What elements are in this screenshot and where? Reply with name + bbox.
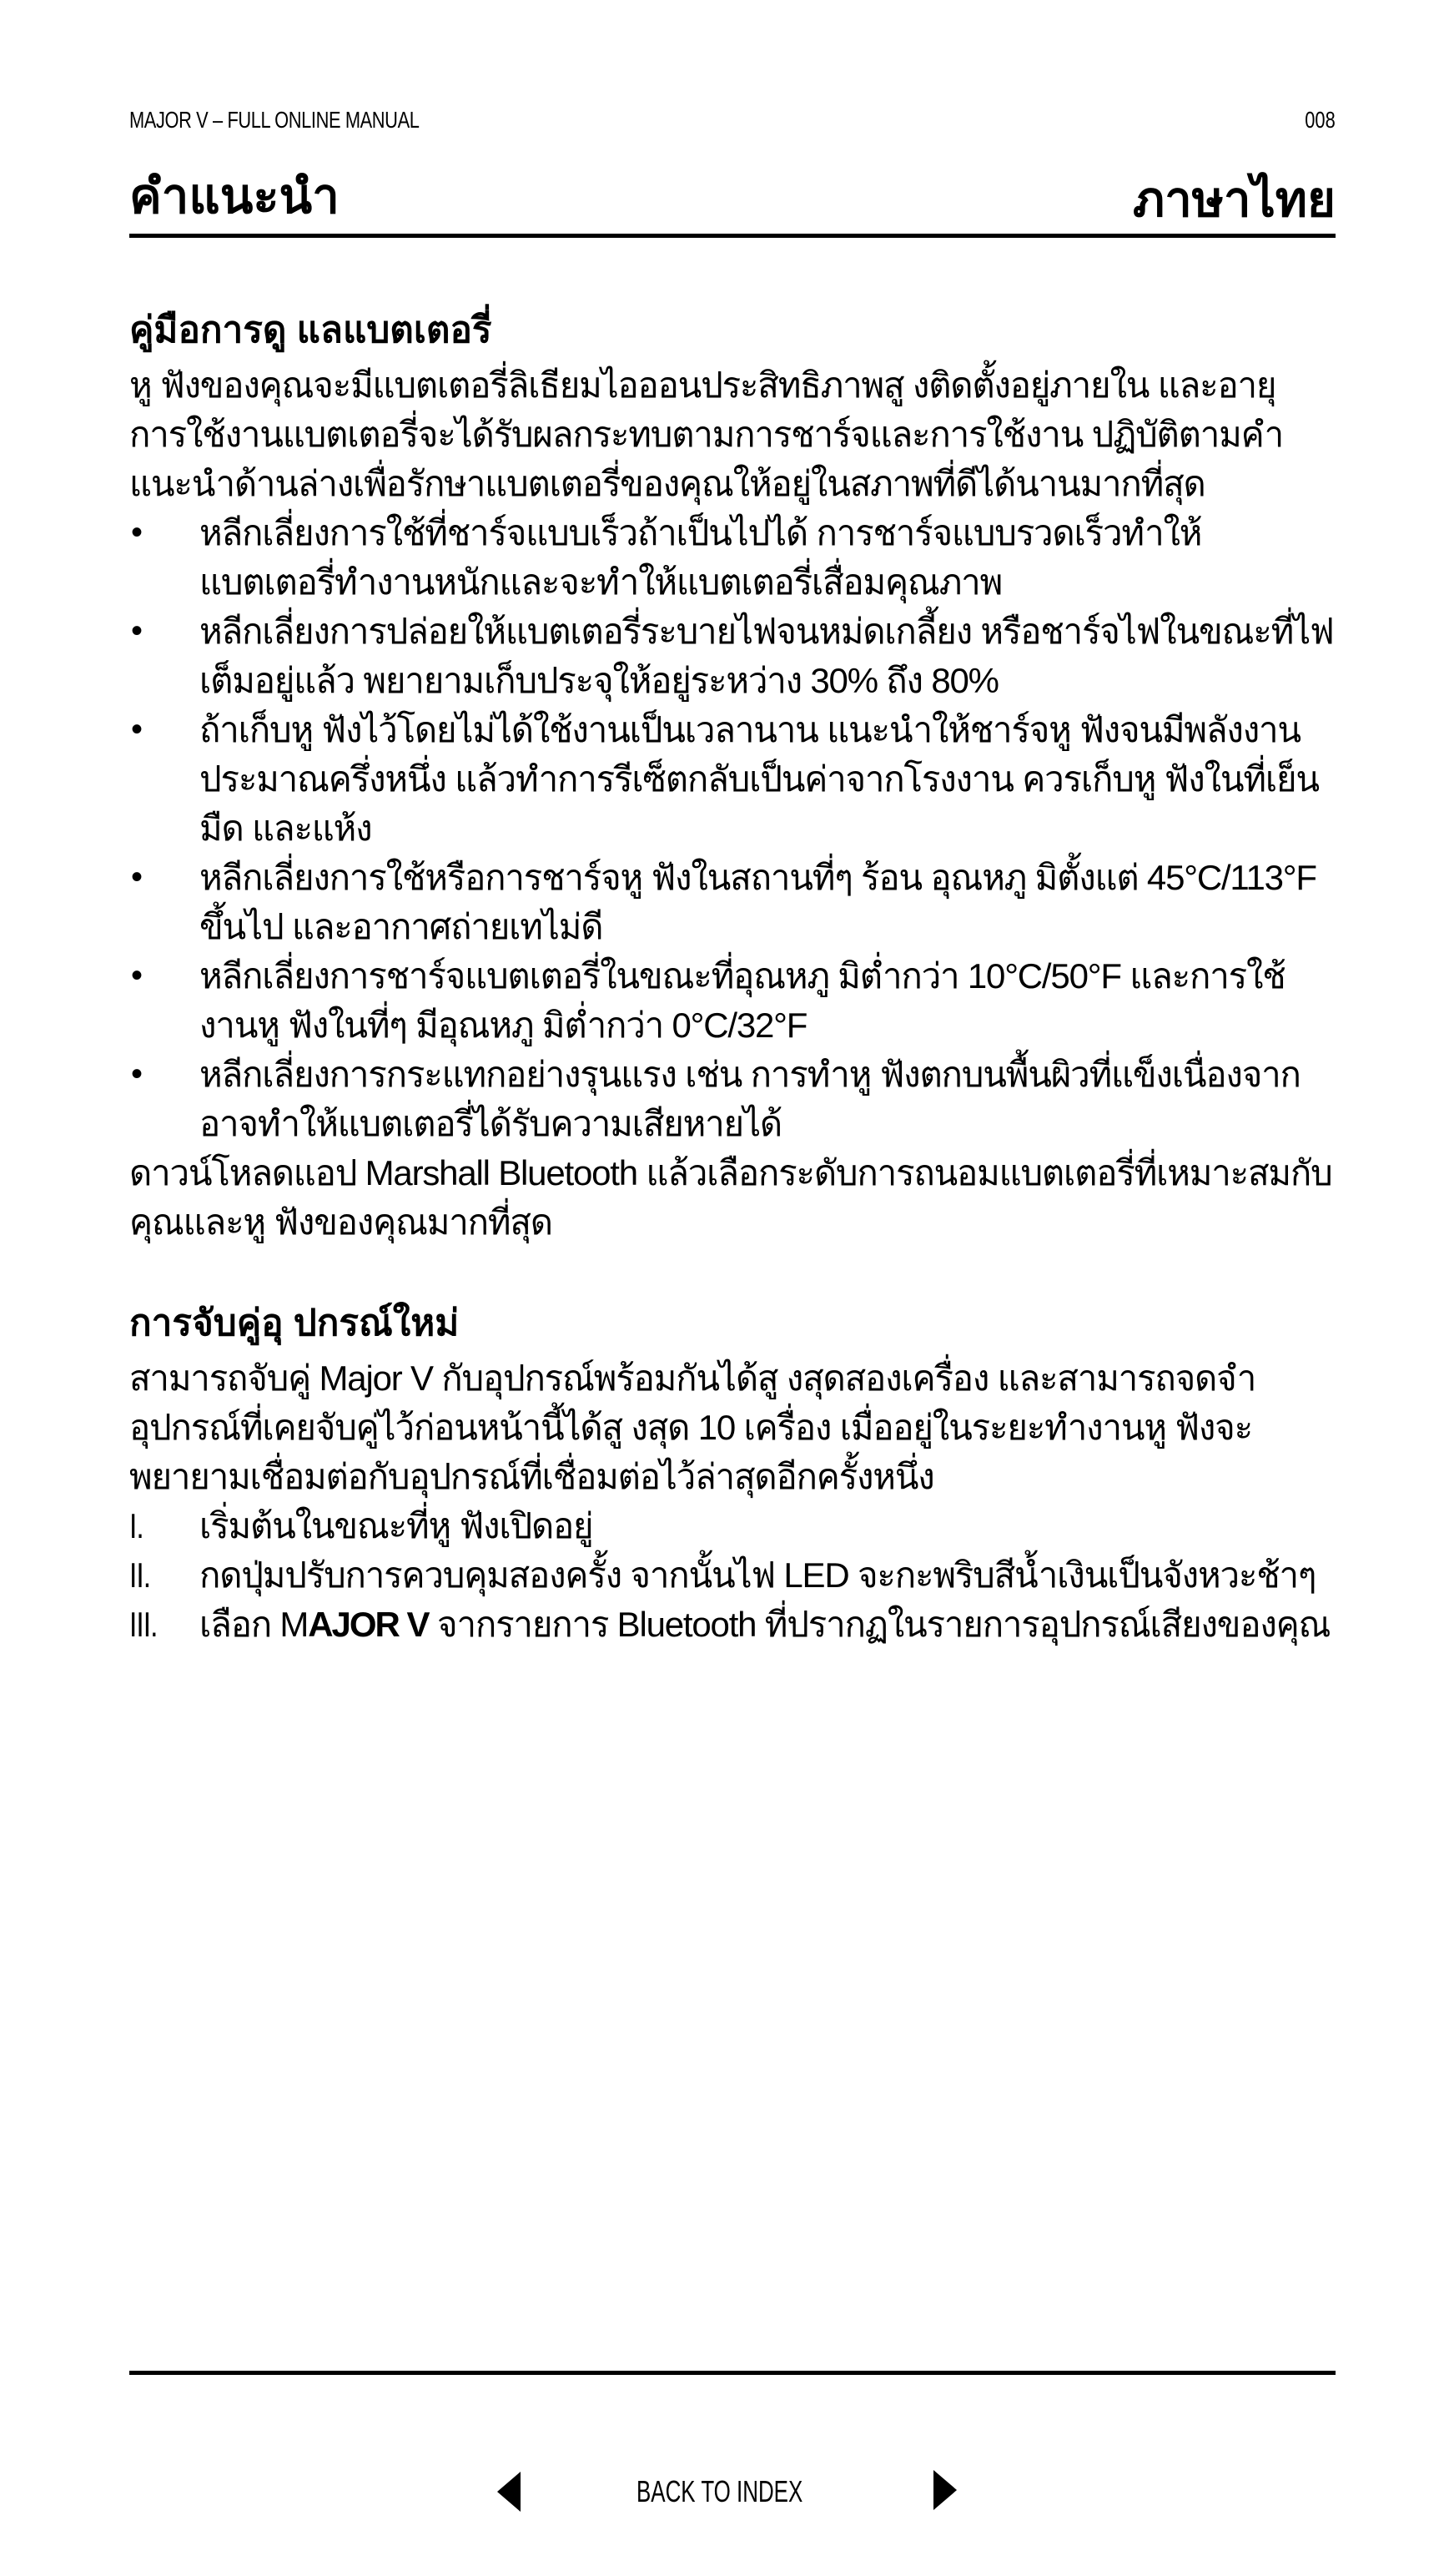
manual-name: MAJOR V – FULL ONLINE MANUAL [129, 105, 420, 135]
step-number: III. [129, 1600, 158, 1649]
list-item: • หลีกเลี่ยงการชาร์จแบตเตอรี่ในขณะที่อุณ… [129, 951, 1336, 1050]
page-content: คู่มือการดู แลแบตเตอรี่ หู ฟังของคุณจะมี… [129, 300, 1336, 1649]
battery-intro-paragraph: หู ฟังของคุณจะมีแบตเตอรี่ลิเธียมไอออนประ… [129, 360, 1336, 508]
title-row: คำแนะนำ ภาษาไทย [129, 164, 1336, 230]
battery-care-section: คู่มือการดู แลแบตเตอรี่ หู ฟังของคุณจะมี… [129, 300, 1336, 1247]
bullet-icon: • [131, 853, 142, 902]
list-item: • หลีกเลี่ยงการใช้หรือการชาร์จหู ฟังในสถ… [129, 853, 1336, 951]
list-item-text: เริ่มต้นในขณะที่หู ฟังเปิดอยู่ [199, 1506, 592, 1545]
list-item-text: หลีกเลี่ยงการปล่อยให้แบตเตอรี่ระบายไฟจนห… [199, 612, 1334, 700]
pairing-steps-list: I. เริ่มต้นในขณะที่หู ฟังเปิดอยู่ II. กด… [129, 1501, 1336, 1649]
bullet-icon: • [131, 607, 142, 656]
list-item: • หลีกเลี่ยงการกระแทกอย่างรุนแรง เช่น กา… [129, 1050, 1336, 1148]
list-item: • หลีกเลี่ยงการปล่อยให้แบตเตอรี่ระบายไฟจ… [129, 607, 1336, 705]
list-item-text-before: เลือก M [199, 1605, 308, 1644]
step-number: II. [129, 1550, 150, 1600]
list-item-text-after: จากรายการ Bluetooth ที่ปรากฏในรายการอุปก… [429, 1605, 1331, 1644]
list-item-text: กดปุ่มปรับการควบคุมสองครั้ง จากนั้นไฟ LE… [199, 1555, 1316, 1595]
pairing-section: การจับคู่อุ ปกรณ์ใหม่ สามารถจับคู่ Major… [129, 1293, 1336, 1649]
manual-page: MAJOR V – FULL ONLINE MANUAL 008 คำแนะนำ… [129, 0, 1336, 2576]
list-item: I. เริ่มต้นในขณะที่หู ฟังเปิดอยู่ [129, 1501, 1336, 1550]
next-page-triangle-right-icon[interactable] [933, 2470, 957, 2510]
list-item-text: ถ้าเก็บหู ฟังไว้โดยไม่ได้ใช้งานเป็นเวลาน… [199, 710, 1319, 848]
step-number: I. [129, 1501, 143, 1550]
bullet-icon: • [131, 951, 142, 1001]
previous-page-triangle-left-icon[interactable] [497, 2472, 521, 2512]
product-name-bold: AJOR V [308, 1605, 428, 1644]
bullet-icon: • [131, 705, 142, 754]
footer-navigation: BACK TO INDEX [129, 2462, 1336, 2520]
header-divider [129, 234, 1336, 238]
list-item: • หลีกเลี่ยงการใช้ที่ชาร์จแบบเร็วถ้าเป็น… [129, 508, 1336, 607]
bullet-icon: • [131, 508, 142, 557]
section-heading-pairing: การจับคู่อุ ปกรณ์ใหม่ [129, 1293, 1336, 1354]
pairing-intro-paragraph: สามารถจับคู่ Major V กับอุปกรณ์พร้อมกันไ… [129, 1354, 1336, 1501]
list-item-text: หลีกเลี่ยงการชาร์จแบตเตอรี่ในขณะที่อุณหภ… [199, 956, 1285, 1045]
footer-divider [129, 2371, 1336, 2375]
list-item: II. กดปุ่มปรับการควบคุมสองครั้ง จากนั้นไ… [129, 1550, 1336, 1600]
list-item-text: หลีกเลี่ยงการกระแทกอย่างรุนแรง เช่น การท… [199, 1055, 1301, 1143]
battery-tips-list: • หลีกเลี่ยงการใช้ที่ชาร์จแบบเร็วถ้าเป็น… [129, 508, 1336, 1148]
language-label: ภาษาไทย [1133, 167, 1336, 234]
section-spacer [129, 1247, 1336, 1293]
bullet-icon: • [131, 1050, 142, 1099]
battery-outro-paragraph: ดาวน์โหลดแอป Marshall Bluetooth แล้วเลือ… [129, 1148, 1336, 1247]
list-item-text: หลีกเลี่ยงการใช้ที่ชาร์จแบบเร็วถ้าเป็นไป… [199, 513, 1201, 602]
list-item: • ถ้าเก็บหู ฟังไว้โดยไม่ได้ใช้งานเป็นเวล… [129, 705, 1336, 853]
list-item: III. เลือก MAJOR V จากรายการ Bluetooth ท… [129, 1600, 1336, 1649]
list-item-text: หลีกเลี่ยงการใช้หรือการชาร์จหู ฟังในสถาน… [199, 858, 1316, 946]
page-title: คำแนะนำ [129, 164, 340, 230]
running-header: MAJOR V – FULL ONLINE MANUAL 008 [129, 105, 1336, 135]
section-heading-battery: คู่มือการดู แลแบตเตอรี่ [129, 300, 1336, 360]
page-number: 008 [1306, 105, 1336, 135]
back-to-index-link[interactable]: BACK TO INDEX [636, 2467, 802, 2517]
